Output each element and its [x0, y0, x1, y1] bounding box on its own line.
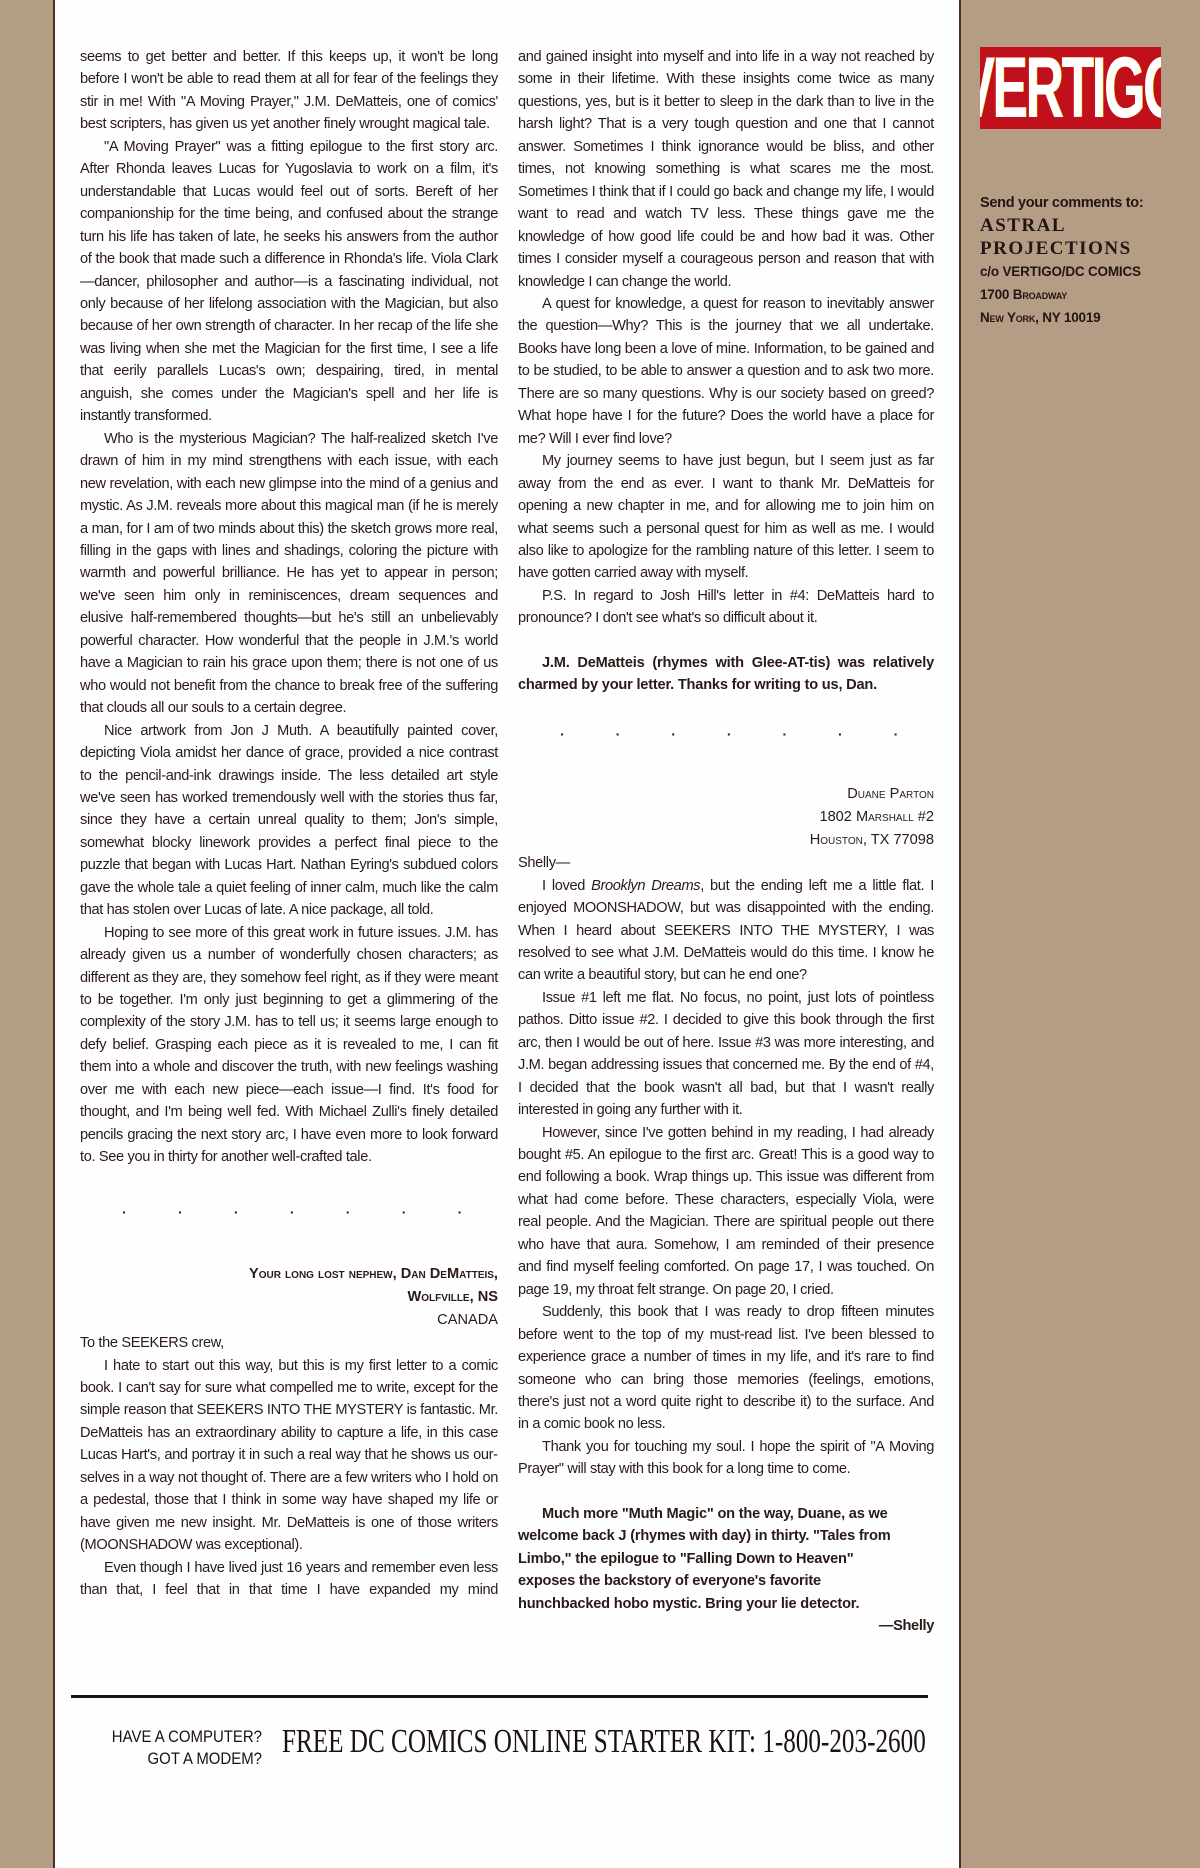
paragraph: However, since I've gotten behind in my …: [518, 1122, 934, 1302]
separator-dot: ·: [782, 723, 786, 745]
paragraph: Issue #1 left me flat. No focus, no poin…: [518, 987, 934, 1122]
paragraph: Thank you for touching my soul. I hope t…: [518, 1436, 934, 1481]
separator-dot: ·: [894, 723, 898, 745]
address-city: New York, NY 10019: [980, 306, 1195, 329]
separator-dot: ·: [671, 723, 675, 745]
paragraph: I loved Brooklyn Dreams, but the ending …: [518, 875, 934, 987]
promo-question-line2: GOT A MODEM?: [86, 1748, 262, 1770]
left-text-column: seems to get better and better. If this …: [80, 46, 498, 1602]
paragraph: P.S. In regard to Josh Hill's letter in …: [518, 585, 934, 630]
sender-name: Your long lost nephew, Dan DeMatteis,: [80, 1263, 498, 1286]
letter-salutation: Shelly—: [518, 852, 934, 874]
editor-signature: —Shelly: [518, 1615, 934, 1637]
book-title: Brooklyn Dreams: [591, 878, 700, 894]
paragraph: seems to get better and better. If this …: [80, 46, 498, 136]
letter-salutation: To the SEEKERS crew,: [80, 1332, 498, 1354]
section-separator: · · · · · · ·: [80, 1201, 498, 1223]
promo-question: HAVE A COMPUTER? GOT A MODEM?: [86, 1726, 262, 1770]
separator-dot: ·: [290, 1201, 294, 1223]
paragraph: A quest for knowledge, a quest for reaso…: [518, 293, 934, 450]
paragraph: My journey seems to have just begun, but…: [518, 450, 934, 585]
separator-dot: ·: [122, 1201, 126, 1223]
address-care-of: c/o VERTIGO/DC COMICS: [980, 260, 1195, 283]
left-margin-strip: [0, 0, 55, 1868]
paragraph: Even though I have lived just 16 years a…: [80, 1557, 498, 1602]
right-text-column: and gained insight into myself and into …: [518, 46, 934, 1638]
section-separator: · · · · · · ·: [518, 723, 934, 745]
sender-street: 1802 Marshall #2: [518, 806, 934, 829]
paragraph: "A Moving Prayer" was a fitting epilogue…: [80, 136, 498, 428]
column-name-line2: PROJECTIONS: [980, 237, 1195, 260]
separator-dot: ·: [560, 723, 564, 745]
vertigo-logo-text: VERTIGO: [980, 47, 1161, 129]
separator-dot: ·: [178, 1201, 182, 1223]
separator-dot: ·: [838, 723, 842, 745]
editor-reply: J.M. DeMatteis (rhymes with Glee-AT-tis)…: [518, 652, 934, 697]
sender-country: CANADA: [80, 1309, 498, 1332]
separator-dot: ·: [616, 723, 620, 745]
send-comments-label: Send your comments to:: [980, 192, 1195, 214]
letter-sender-address: Your long lost nephew, Dan DeMatteis, Wo…: [80, 1263, 498, 1332]
separator-dot: ·: [458, 1201, 462, 1223]
paragraph: and gained insight into myself and into …: [518, 46, 934, 293]
separator-dot: ·: [402, 1201, 406, 1223]
contact-block: Send your comments to: ASTRAL PROJECTION…: [980, 192, 1195, 329]
paragraph: Nice artwork from Jon J Muth. A beautifu…: [80, 720, 498, 922]
paragraph: Hoping to see more of this great work in…: [80, 922, 498, 1169]
sender-city: Wolfville, NS: [80, 1286, 498, 1309]
separator-dot: ·: [727, 723, 731, 745]
paragraph: I hate to start out this way, but this i…: [80, 1355, 498, 1557]
horizontal-rule: [71, 1695, 928, 1698]
editor-reply: Much more "Muth Magic" on the way, Duane…: [518, 1503, 934, 1615]
vertigo-logo: VERTIGO: [980, 47, 1161, 129]
promo-headline: FREE DC COMICS ONLINE STARTER KIT: 1-800…: [282, 1722, 926, 1762]
sender-name: Duane Parton: [518, 783, 934, 806]
address-street: 1700 Broadway: [980, 283, 1195, 306]
letter-sender-address: Duane Parton 1802 Marshall #2 Houston, T…: [518, 783, 934, 852]
sender-city: Houston, TX 77098: [518, 829, 934, 852]
paragraph: Who is the mysterious Magician? The half…: [80, 428, 498, 720]
separator-dot: ·: [234, 1201, 238, 1223]
promo-question-line1: HAVE A COMPUTER?: [86, 1726, 262, 1748]
separator-dot: ·: [346, 1201, 350, 1223]
paragraph: Suddenly, this book that I was ready to …: [518, 1301, 934, 1436]
column-name-line1: ASTRAL: [980, 214, 1195, 237]
